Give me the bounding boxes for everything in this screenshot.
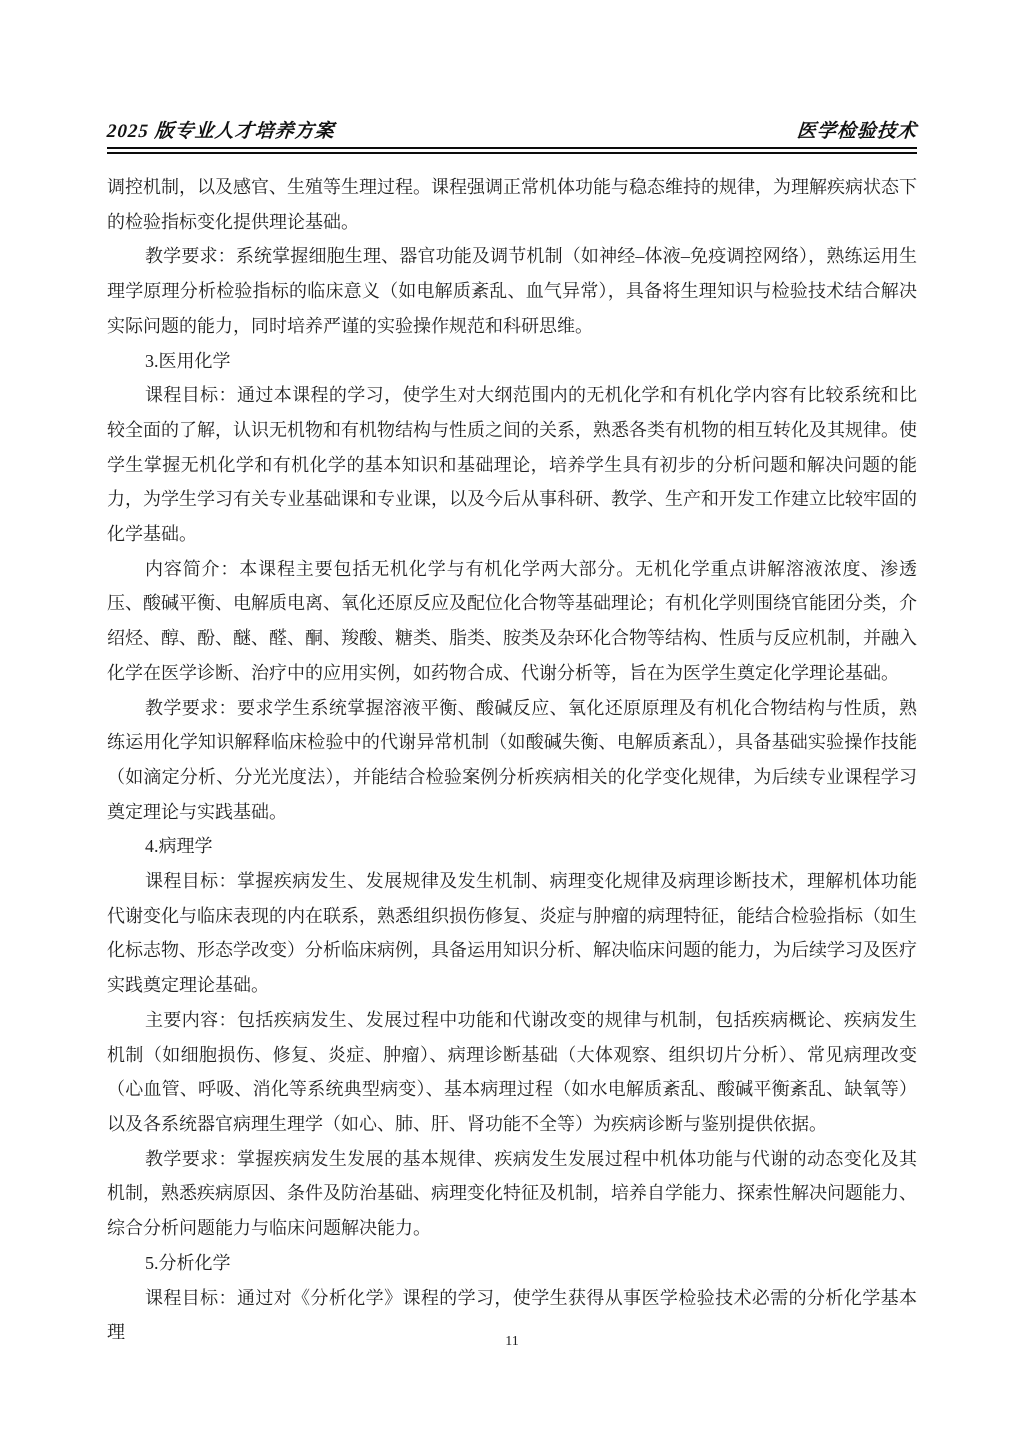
- paragraph: 5.分析化学: [107, 1246, 917, 1281]
- paragraph: 4.病理学: [107, 829, 917, 864]
- header-left-title: 2025 版专业人才培养方案: [106, 116, 336, 143]
- paragraph: 内容简介：本课程主要包括无机化学与有机化学两大部分。无机化学重点讲解溶液浓度、渗…: [107, 552, 917, 691]
- page-footer: 11: [0, 1334, 1024, 1350]
- document-page: 2025 版专业人才培养方案 医学检验技术 调控机制，以及感官、生殖等生理过程。…: [0, 0, 1024, 1448]
- paragraph: 调控机制，以及感官、生殖等生理过程。课程强调正常机体功能与稳态维持的规律，为理解…: [107, 170, 917, 239]
- page-number: 11: [505, 1334, 518, 1349]
- header-rule: [107, 147, 917, 154]
- paragraph: 主要内容：包括疾病发生、发展过程中功能和代谢改变的规律与机制，包括疾病概论、疾病…: [107, 1003, 917, 1142]
- document-body: 调控机制，以及感官、生殖等生理过程。课程强调正常机体功能与稳态维持的规律，为理解…: [107, 170, 917, 1350]
- paragraph: 课程目标：通过本课程的学习，使学生对大纲范围内的无机化学和有机化学内容有比较系统…: [107, 378, 917, 552]
- header-right-title: 医学检验技术: [796, 116, 918, 143]
- paragraph: 3.医用化学: [107, 344, 917, 379]
- paragraph: 教学要求：要求学生系统掌握溶液平衡、酸碱反应、氧化还原原理及有机化合物结构与性质…: [107, 691, 917, 830]
- paragraph: 课程目标：掌握疾病发生、发展规律及发生机制、病理变化规律及病理诊断技术，理解机体…: [107, 864, 917, 1003]
- paragraph: 教学要求：系统掌握细胞生理、器官功能及调节机制（如神经–体液–免疫调控网络），熟…: [107, 239, 917, 343]
- paragraph: 教学要求：掌握疾病发生发展的基本规律、疾病发生发展过程中机体功能与代谢的动态变化…: [107, 1142, 917, 1246]
- page-header: 2025 版专业人才培养方案 医学检验技术: [107, 116, 917, 143]
